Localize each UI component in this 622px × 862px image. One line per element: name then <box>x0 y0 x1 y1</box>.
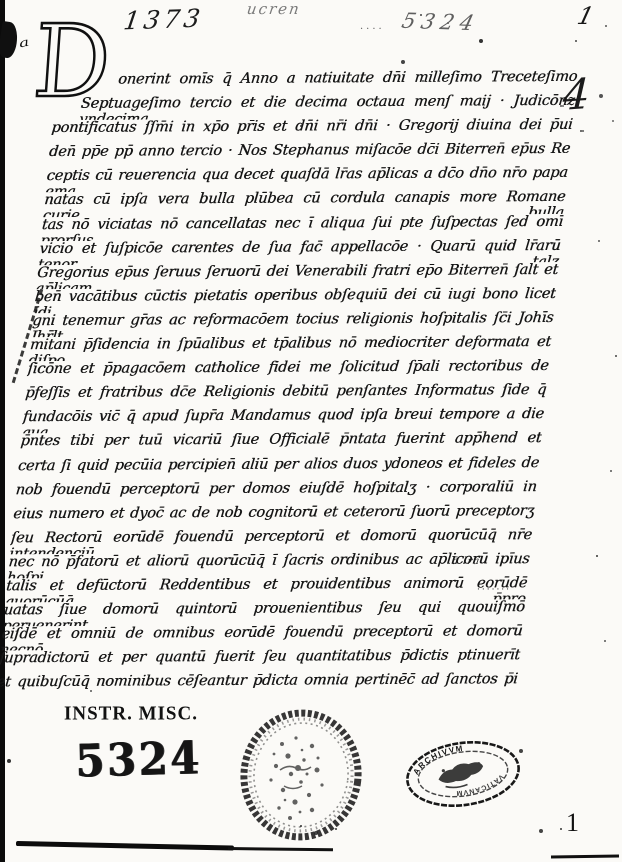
inventory-number-stamp: 5324 <box>75 731 203 787</box>
manuscript-line: p̄feſſis et fratribus dc̄e Religionis de… <box>24 382 547 409</box>
manuscript-line: mitani p̄ſidencia in ſpūalibus et tp̄ali… <box>28 334 551 361</box>
manuscript-line: uatas ſiue domorū quintorū prouenientibu… <box>2 599 525 626</box>
faint-dots: ···· <box>360 24 385 35</box>
manuscript-line: ſeu Rectorū eorūdē fouendū perceptorū et… <box>9 527 532 554</box>
scan-artifact-line <box>228 847 333 851</box>
manuscript-line: ſicōne et p̄pagacōem catholice fidei me … <box>26 358 549 385</box>
manuscript-line: nob̄ fouendū perceptorū per domos eiuſdē… <box>14 479 537 506</box>
manuscript-line: gni tenemur gr̄as ac reformacōem tocius … <box>31 310 554 337</box>
manuscript-line: pontificatus ſſm̄i in xp̄o pr̄is et dn̄i… <box>50 117 573 144</box>
manuscript-line: eius numero et dyoc̄ ac de nob̄ cognitor… <box>12 503 535 530</box>
scan-artifact-line <box>16 841 234 851</box>
manuscript-line: certa ſi quid pecūia percipien̄ aliū per… <box>16 455 539 482</box>
scan-artifact-line <box>551 855 619 859</box>
interlinear-dots: ······· <box>477 585 511 595</box>
manuscript-line: den̄ pp̄e pp̄ anno tercio · Nos Stephanu… <box>47 141 570 168</box>
page-number-bottom: 1 <box>566 808 579 838</box>
manuscript-line: et quibuſcūq̄ nominibus cēſeantur p̄dict… <box>0 672 518 699</box>
manuscript-line: ceptis cū reuerencia qua decet quaſdā lr… <box>45 165 568 192</box>
manuscript-line: tas nō viciatas nō cancellatas nec ī ali… <box>40 213 563 240</box>
manuscript-line: Septuageſimo tercio et die decima octaua… <box>79 93 575 120</box>
manuscript-line: p̄ntes tibi per tuū vicariū ſiue Officia… <box>19 430 542 457</box>
ink-blot <box>0 21 19 59</box>
manuscript-line: onerint omīs q̄ Anno a natiuitate dn̄i m… <box>117 69 578 96</box>
interlinear-note: ā lra <box>451 556 481 567</box>
margin-scribble: a <box>18 35 31 51</box>
manuscript-text-block: onerint omīs q̄ Anno a natiuitate dn̄i m… <box>0 69 578 699</box>
manuscript-line: fundacōis vic̄ q̄ apud ſupr̄a Mandamus q… <box>21 406 544 433</box>
manuscript-scan-page: a 1373 ucren ···· 5324 1 4 D onerint omī… <box>0 0 622 862</box>
faint-number-annotation: 5324 <box>399 9 482 36</box>
folio-number-top-right: 1 <box>575 2 597 30</box>
year-annotation: 1373 <box>122 4 206 36</box>
manuscript-line: ben̄ vacātibus cūctis pietatis operibus … <box>33 286 556 313</box>
manuscript-line: natas cū ipſa vera bulla plūbea cū cordu… <box>43 189 566 216</box>
manuscript-line: Gregorius ep̄us ſeruus ſeruorū dei Vener… <box>36 262 559 289</box>
scan-edge-strip <box>0 0 5 862</box>
manuscript-line: talis et defūctorū Reddentibus et prouid… <box>5 575 528 602</box>
manuscript-line: ſupradictorū et per quantū fuerit ſeu qu… <box>0 647 521 674</box>
round-ink-seal <box>238 708 364 842</box>
series-stamp: INSTR. MISC. <box>64 702 198 725</box>
manuscript-line: eiſdē et omniū de omnibus eorūdē fouendū… <box>0 623 523 650</box>
oval-archive-seal: ARCHIVVM VATICANVM <box>404 740 522 808</box>
manuscript-line: vicio et ſuſpicōe carentes de ſua fac̄ a… <box>38 238 561 265</box>
faint-word-annotation: ucren <box>246 0 302 18</box>
